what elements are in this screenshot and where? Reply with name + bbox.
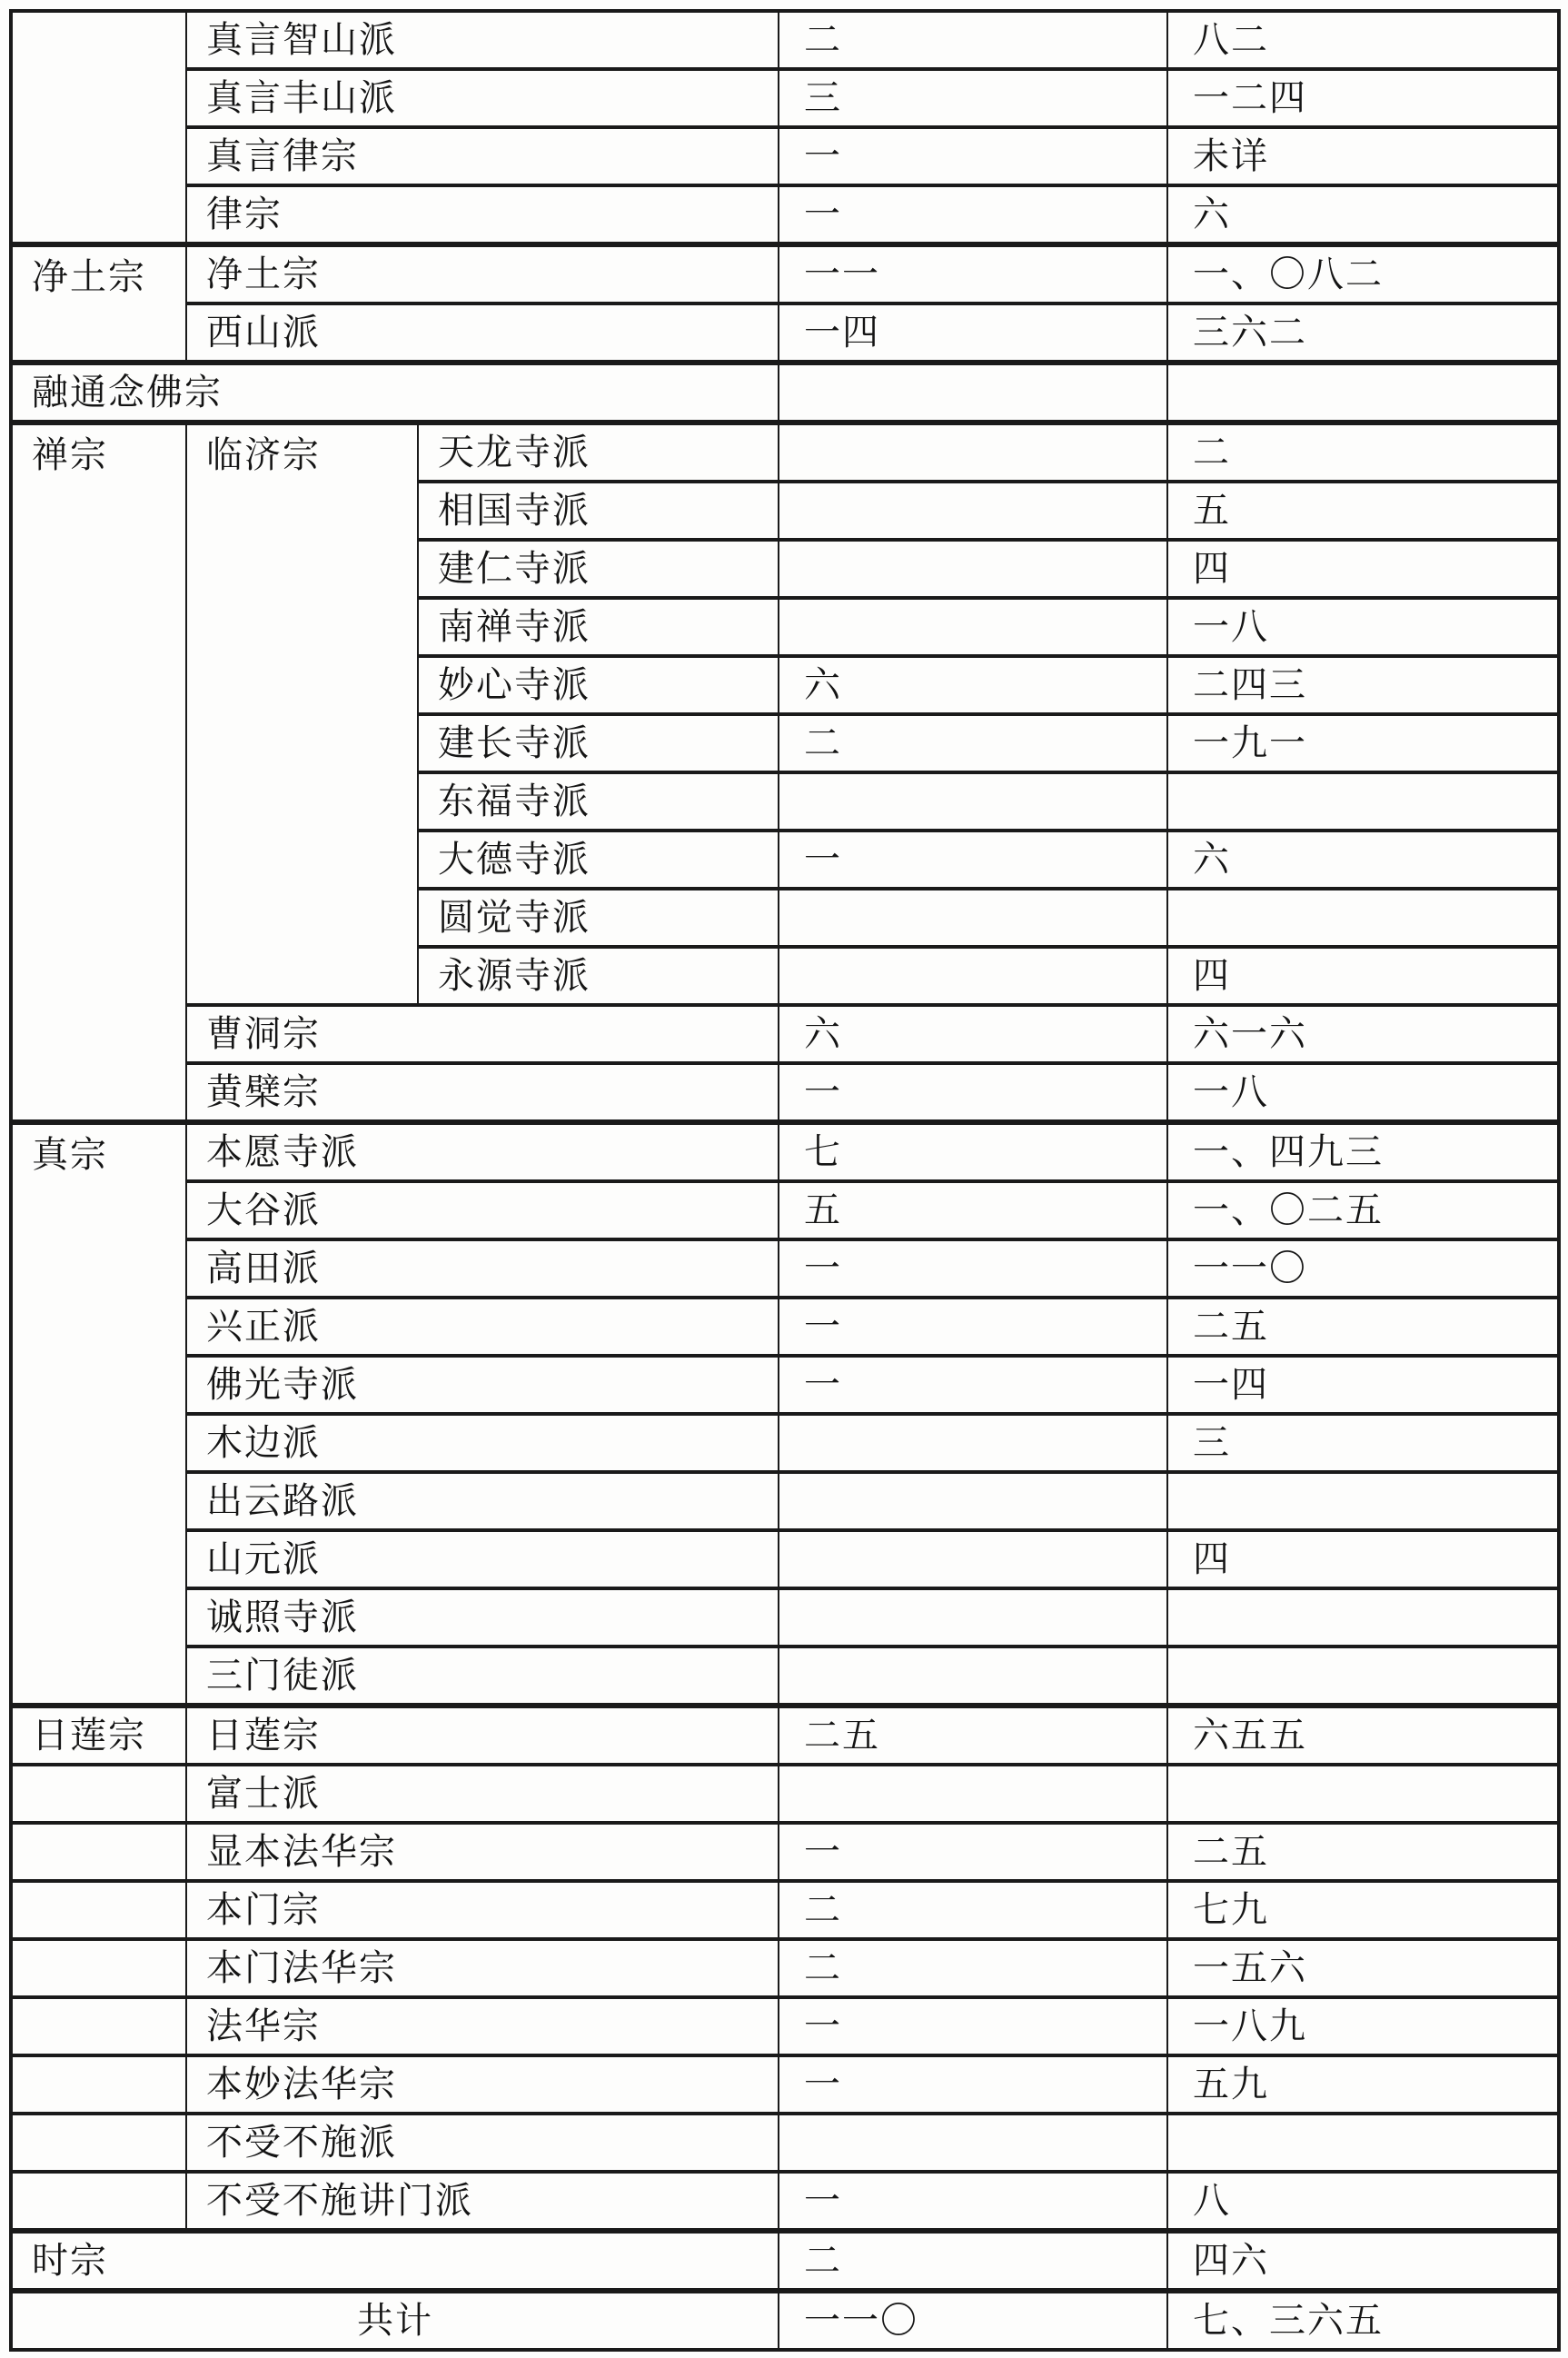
count2-cell: 一、〇二五: [1167, 1181, 1559, 1239]
sect-cell: [11, 2172, 186, 2231]
count2-cell: 七、三六五: [1167, 2291, 1559, 2350]
branch-cell: 曹洞宗: [186, 1005, 779, 1063]
branch-cell: 高田派: [186, 1239, 779, 1298]
branch-cell: 本愿寺派: [186, 1122, 779, 1181]
count2-cell: 一八九: [1167, 1997, 1559, 2055]
count2-cell: 一二四: [1167, 69, 1559, 127]
table-row: 曹洞宗六六一六: [11, 1005, 1559, 1063]
count2-cell: 一五六: [1167, 1939, 1559, 1997]
sect-cell: [11, 1939, 186, 1997]
branch-cell: 大谷派: [186, 1181, 779, 1239]
branch-cell: 木边派: [186, 1414, 779, 1472]
count1-cell: 一: [779, 185, 1167, 244]
count1-cell: 二: [779, 2231, 1167, 2291]
table-row: 三门徒派: [11, 1647, 1559, 1706]
table-row: 律宗一六: [11, 185, 1559, 244]
count1-cell: 一: [779, 1823, 1167, 1881]
sect-cell: [11, 2055, 186, 2114]
count1-cell: [779, 598, 1167, 656]
count1-cell: [779, 540, 1167, 598]
branch-cell: 诚照寺派: [186, 1588, 779, 1647]
count1-cell: [779, 2114, 1167, 2172]
branch-cell: 山元派: [186, 1530, 779, 1588]
count2-cell: 未详: [1167, 127, 1559, 185]
count1-cell: 二: [779, 1939, 1167, 1997]
sub-branch-cell: 妙心寺派: [418, 656, 779, 714]
branch-cell: 出云路派: [186, 1472, 779, 1530]
table-row: 本门法华宗二一五六: [11, 1939, 1559, 1997]
table-row: 真宗本愿寺派七一、四九三: [11, 1122, 1559, 1181]
count2-cell: 五: [1167, 482, 1559, 540]
count2-cell: 一、〇八二: [1167, 244, 1559, 303]
branch-cell: 本门法华宗: [186, 1939, 779, 1997]
sect-cell: 日莲宗: [11, 1706, 186, 1765]
table-row: 真言律宗一未详: [11, 127, 1559, 185]
count2-cell: 一九一: [1167, 714, 1559, 772]
count2-cell: 八二: [1167, 11, 1559, 69]
count1-cell: 三: [779, 69, 1167, 127]
branch-cell: 临济宗: [186, 423, 418, 1005]
branch-cell: 西山派: [186, 303, 779, 363]
branch-cell: 三门徒派: [186, 1647, 779, 1706]
branch-cell: 真言律宗: [186, 127, 779, 185]
sub-branch-cell: 相国寺派: [418, 482, 779, 540]
sect-cell: [11, 11, 186, 244]
count2-cell: 六: [1167, 831, 1559, 889]
branch-cell: 富士派: [186, 1765, 779, 1823]
table-row: 不受不施派: [11, 2114, 1559, 2172]
table-row: 时宗二四六: [11, 2231, 1559, 2291]
count2-cell: 二四三: [1167, 656, 1559, 714]
count1-cell: 一: [779, 1298, 1167, 1356]
count2-cell: 四: [1167, 540, 1559, 598]
count1-cell: [779, 772, 1167, 831]
count2-cell: 四: [1167, 1530, 1559, 1588]
count1-cell: 一: [779, 127, 1167, 185]
count2-cell: 二五: [1167, 1823, 1559, 1881]
total-label-cell: 共计: [11, 2291, 779, 2350]
count2-cell: 五九: [1167, 2055, 1559, 2114]
buddhist-sects-table: 真言智山派二八二真言丰山派三一二四真言律宗一未详律宗一六净土宗净土宗一一一、〇八…: [9, 9, 1561, 2352]
table-row: 出云路派: [11, 1472, 1559, 1530]
count2-cell: [1167, 772, 1559, 831]
sect-cell: [11, 1881, 186, 1939]
count2-cell: [1167, 1588, 1559, 1647]
table-row: 真言智山派二八二: [11, 11, 1559, 69]
branch-cell: 不受不施派: [186, 2114, 779, 2172]
count1-cell: 五: [779, 1181, 1167, 1239]
table-row: 兴正派一二五: [11, 1298, 1559, 1356]
table-row: 禅宗临济宗天龙寺派二: [11, 423, 1559, 482]
branch-cell: 真言丰山派: [186, 69, 779, 127]
sub-branch-cell: 南禅寺派: [418, 598, 779, 656]
sub-branch-cell: 圆觉寺派: [418, 889, 779, 947]
count2-cell: [1167, 1647, 1559, 1706]
count1-cell: 一: [779, 1063, 1167, 1122]
count1-cell: [779, 1414, 1167, 1472]
branch-cell: 律宗: [186, 185, 779, 244]
count2-cell: 二五: [1167, 1298, 1559, 1356]
sub-branch-cell: 永源寺派: [418, 947, 779, 1005]
count1-cell: 七: [779, 1122, 1167, 1181]
sub-branch-cell: 建长寺派: [418, 714, 779, 772]
table-row: 本妙法华宗一五九: [11, 2055, 1559, 2114]
branch-cell: 不受不施讲门派: [186, 2172, 779, 2231]
count1-cell: [779, 1588, 1167, 1647]
table-row: 山元派四: [11, 1530, 1559, 1588]
count1-cell: [779, 1765, 1167, 1823]
count2-cell: 四: [1167, 947, 1559, 1005]
count1-cell: [779, 1530, 1167, 1588]
sub-branch-cell: 天龙寺派: [418, 423, 779, 482]
table-row: 大谷派五一、〇二五: [11, 1181, 1559, 1239]
branch-cell: 真言智山派: [186, 11, 779, 69]
count1-cell: 一: [779, 2172, 1167, 2231]
count1-cell: 二: [779, 11, 1167, 69]
count1-cell: 二五: [779, 1706, 1167, 1765]
count1-cell: [779, 889, 1167, 947]
branch-cell: 本妙法华宗: [186, 2055, 779, 2114]
count1-cell: 一: [779, 1356, 1167, 1414]
count2-cell: 二: [1167, 423, 1559, 482]
sub-branch-cell: 东福寺派: [418, 772, 779, 831]
branch-cell: 日莲宗: [186, 1706, 779, 1765]
count2-cell: 一、四九三: [1167, 1122, 1559, 1181]
sect-cell: 真宗: [11, 1122, 186, 1706]
sect-cell: [11, 1765, 186, 1823]
count2-cell: 八: [1167, 2172, 1559, 2231]
count2-cell: [1167, 1472, 1559, 1530]
count2-cell: 六: [1167, 185, 1559, 244]
table-row: 法华宗一一八九: [11, 1997, 1559, 2055]
table-row: 不受不施讲门派一八: [11, 2172, 1559, 2231]
count1-cell: 一: [779, 1239, 1167, 1298]
count2-cell: 六五五: [1167, 1706, 1559, 1765]
table-row: 黄檗宗一一八: [11, 1063, 1559, 1122]
table-row: 共计一一〇七、三六五: [11, 2291, 1559, 2350]
table-row: 西山派一四三六二: [11, 303, 1559, 363]
sect-table-body: 真言智山派二八二真言丰山派三一二四真言律宗一未详律宗一六净土宗净土宗一一一、〇八…: [11, 11, 1559, 2350]
table-row: 佛光寺派一一四: [11, 1356, 1559, 1414]
count2-cell: 一四: [1167, 1356, 1559, 1414]
count2-cell: 一一〇: [1167, 1239, 1559, 1298]
count1-cell: 六: [779, 656, 1167, 714]
count2-cell: [1167, 363, 1559, 423]
table-row: 日莲宗日莲宗二五六五五: [11, 1706, 1559, 1765]
scanned-document-page: 真言智山派二八二真言丰山派三一二四真言律宗一未详律宗一六净土宗净土宗一一一、〇八…: [0, 0, 1568, 2358]
count1-cell: 二: [779, 1881, 1167, 1939]
branch-cell: 本门宗: [186, 1881, 779, 1939]
branch-cell: 法华宗: [186, 1997, 779, 2055]
table-row: 真言丰山派三一二四: [11, 69, 1559, 127]
sect-cell: 融通念佛宗: [11, 363, 779, 423]
table-row: 诚照寺派: [11, 1588, 1559, 1647]
count2-cell: 三六二: [1167, 303, 1559, 363]
sect-cell: [11, 1997, 186, 2055]
table-row: 本门宗二七九: [11, 1881, 1559, 1939]
sect-cell: 净土宗: [11, 244, 186, 363]
count2-cell: [1167, 889, 1559, 947]
sect-cell: 禅宗: [11, 423, 186, 1122]
count2-cell: 七九: [1167, 1881, 1559, 1939]
count1-cell: 一一: [779, 244, 1167, 303]
table-row: 木边派三: [11, 1414, 1559, 1472]
sect-cell: 时宗: [11, 2231, 779, 2291]
branch-cell: 黄檗宗: [186, 1063, 779, 1122]
count1-cell: 六: [779, 1005, 1167, 1063]
count1-cell: [779, 947, 1167, 1005]
table-row: 显本法华宗一二五: [11, 1823, 1559, 1881]
count1-cell: 一一〇: [779, 2291, 1167, 2350]
sub-branch-cell: 大德寺派: [418, 831, 779, 889]
count1-cell: [779, 423, 1167, 482]
count1-cell: 一: [779, 2055, 1167, 2114]
branch-cell: 兴正派: [186, 1298, 779, 1356]
sect-cell: [11, 2114, 186, 2172]
sect-cell: [11, 1823, 186, 1881]
count2-cell: 一八: [1167, 598, 1559, 656]
count1-cell: 一: [779, 1997, 1167, 2055]
table-row: 高田派一一一〇: [11, 1239, 1559, 1298]
branch-cell: 佛光寺派: [186, 1356, 779, 1414]
count2-cell: 一八: [1167, 1063, 1559, 1122]
count1-cell: [779, 363, 1167, 423]
count1-cell: [779, 1472, 1167, 1530]
count1-cell: 一四: [779, 303, 1167, 363]
count1-cell: [779, 1647, 1167, 1706]
count2-cell: 六一六: [1167, 1005, 1559, 1063]
branch-cell: 净土宗: [186, 244, 779, 303]
count2-cell: 三: [1167, 1414, 1559, 1472]
count1-cell: [779, 482, 1167, 540]
sub-branch-cell: 建仁寺派: [418, 540, 779, 598]
count1-cell: 一: [779, 831, 1167, 889]
table-row: 净土宗净土宗一一一、〇八二: [11, 244, 1559, 303]
count2-cell: [1167, 1765, 1559, 1823]
table-row: 富士派: [11, 1765, 1559, 1823]
count1-cell: 二: [779, 714, 1167, 772]
branch-cell: 显本法华宗: [186, 1823, 779, 1881]
table-row: 融通念佛宗: [11, 363, 1559, 423]
count2-cell: [1167, 2114, 1559, 2172]
count2-cell: 四六: [1167, 2231, 1559, 2291]
